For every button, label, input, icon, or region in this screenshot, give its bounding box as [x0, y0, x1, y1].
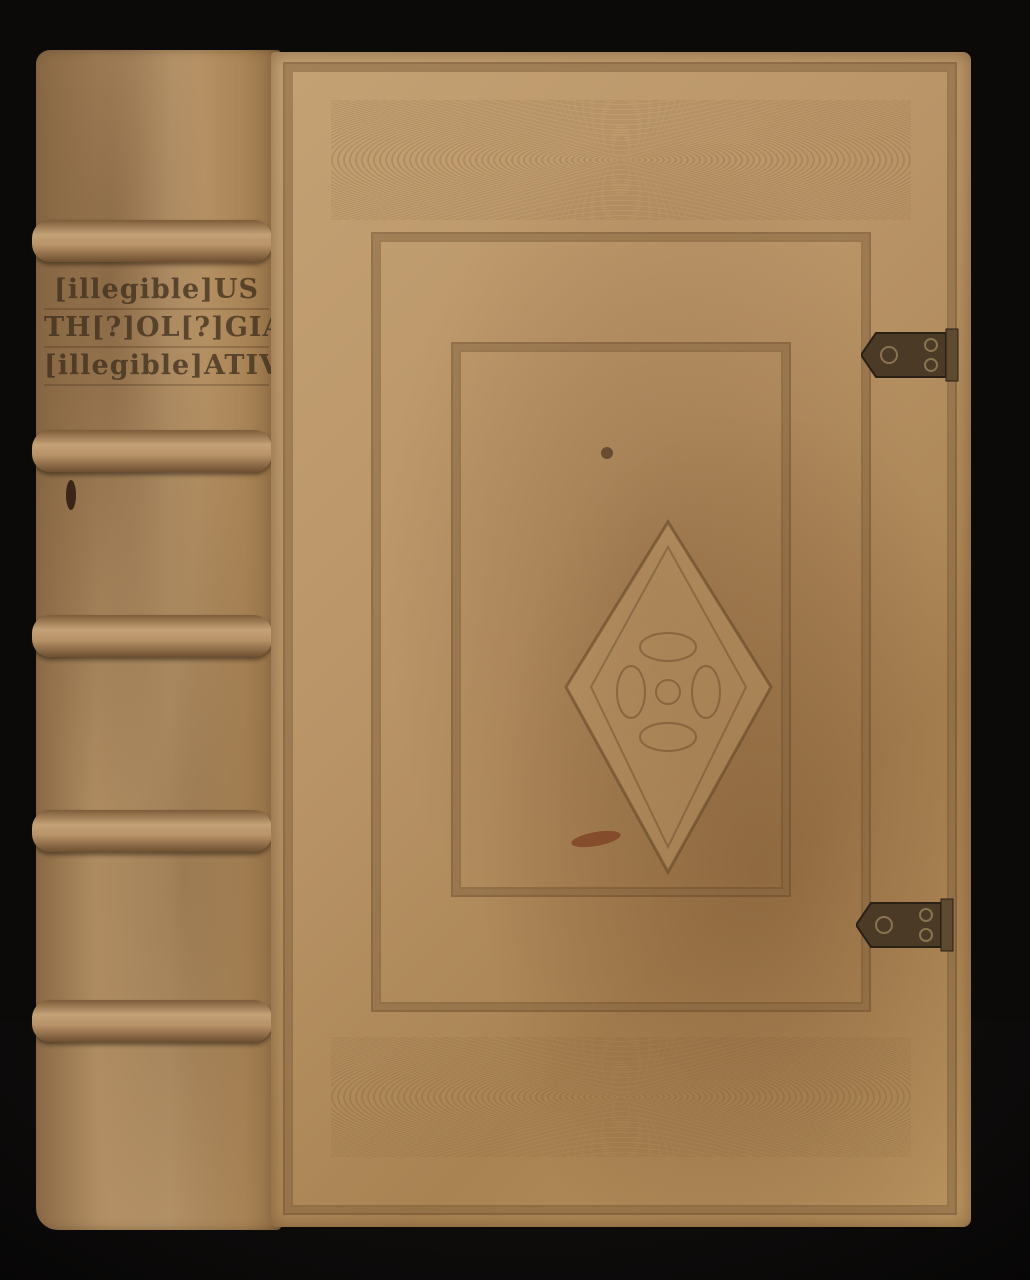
central-lozenge-ornament — [561, 517, 776, 877]
spine-label: [illegible]US TH[?]OL[?]GIA [illegible]A… — [44, 272, 269, 386]
book-spine: [illegible]US TH[?]OL[?]GIA [illegible]A… — [36, 50, 281, 1230]
top-roll-border — [331, 100, 911, 220]
lower-clasp — [856, 895, 956, 955]
stain-mark — [601, 447, 613, 459]
raised-band — [32, 430, 272, 472]
spine-label-line-3: [illegible]ATIVA — [44, 348, 269, 386]
stain-mark — [66, 480, 76, 510]
upper-clasp — [861, 325, 961, 385]
raised-band — [32, 220, 272, 262]
spine-label-line-1: [illegible]US — [44, 272, 269, 310]
raised-band — [32, 1000, 272, 1042]
bottom-roll-border — [331, 1037, 911, 1157]
raised-band — [32, 615, 272, 657]
front-cover — [271, 52, 971, 1227]
book: [illegible]US TH[?]OL[?]GIA [illegible]A… — [36, 50, 971, 1230]
spine-label-line-2: TH[?]OL[?]GIA — [44, 310, 269, 348]
raised-band — [32, 810, 272, 852]
